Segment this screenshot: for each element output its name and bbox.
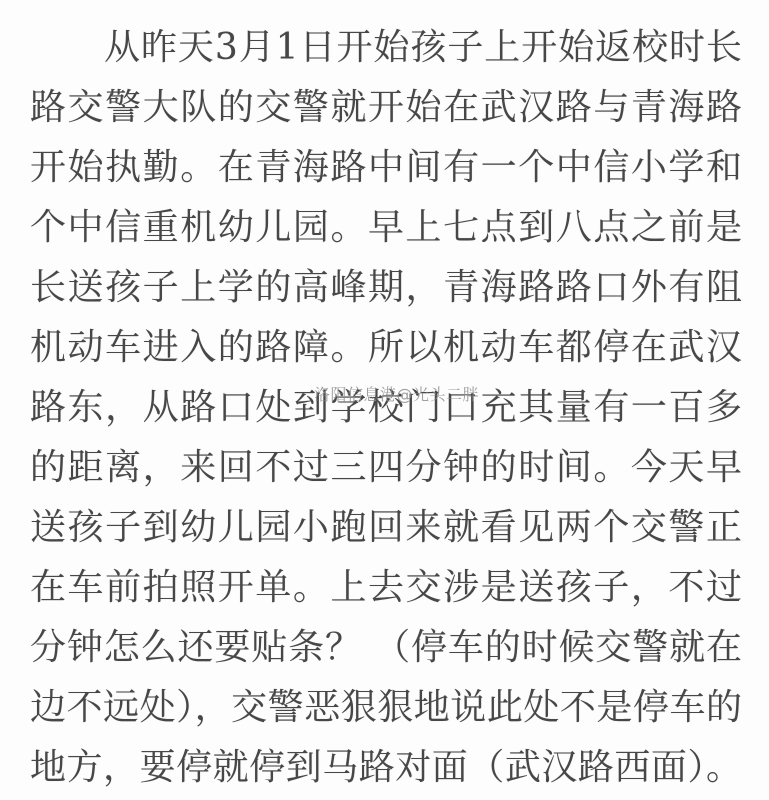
article-page: 从昨天3月1日开始孩子上开始返校时长安 路交警大队的交警就开始在武汉路与青海路口… <box>0 0 769 800</box>
text-line: 开始执勤。在青海路中间有一个中信小学和一 <box>30 138 742 198</box>
text-line: 从昨天3月1日开始孩子上开始返校时长安 <box>30 18 742 78</box>
article-text: 从昨天3月1日开始孩子上开始返校时长安 路交警大队的交警就开始在武汉路与青海路口… <box>30 18 742 798</box>
text-line: 送孩子到幼儿园小跑回来就看见两个交警正站 <box>30 498 742 558</box>
text-line: 地方，要停就停到马路对面（武汉路西面）。 <box>30 738 742 798</box>
text-line: 的距离，来回不过三四分钟的时间。今天早上 <box>30 438 742 498</box>
text-line: 长送孩子上学的高峰期，青海路路口外有阻挡 <box>30 258 742 318</box>
text-line: 分钟怎么还要贴条？ （停车的时候交警就在旁 <box>30 618 742 678</box>
text-line: 个中信重机幼儿园。早上七点到八点之前是家 <box>30 198 742 258</box>
watermark: 洛阳信息港@光头二胖 <box>314 386 479 404</box>
text-line: 边不远处），交警恶狠狠地说此处不是停车的 <box>30 678 742 738</box>
text-line: 机动车进入的路障。所以机动车都停在武汉路 <box>30 318 742 378</box>
text-line: 路交警大队的交警就开始在武汉路与青海路口 <box>30 78 742 138</box>
text-line: 在车前拍照开单。上去交涉是送孩子，不过三 <box>30 558 742 618</box>
